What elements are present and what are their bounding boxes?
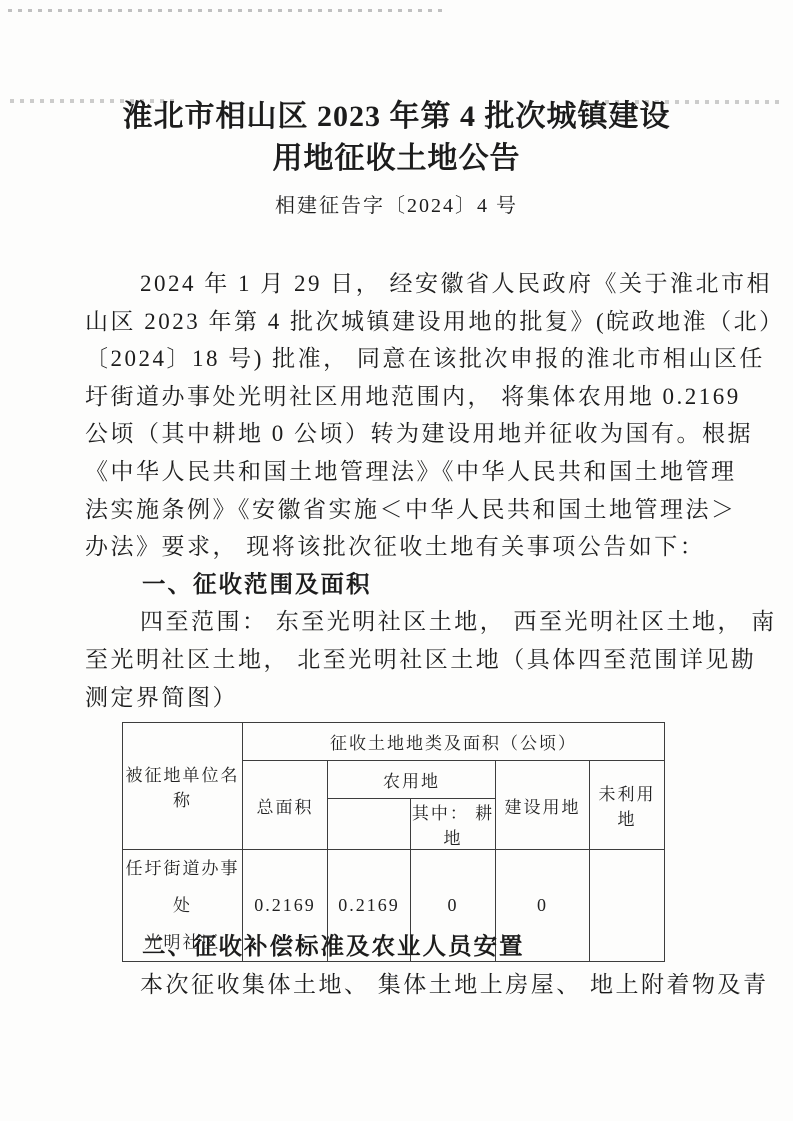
body-text-lower: 二、征收补偿标准及农业人员安置 本次征收集体土地、 集体土地上房屋、 地上附着物… [85, 928, 725, 1003]
paragraph-line: 公顷（其中耕地 0 公顷）转为建设用地并征收为国有。根据 [85, 415, 725, 453]
table-header-total-area: 总面积 [243, 761, 328, 850]
table-header-agricultural: 农用地 [328, 761, 496, 799]
paragraph-line: 至光明社区土地， 北至光明社区土地（具体四至范围详见勘 [85, 641, 725, 679]
table-header-agri-sub-blank [328, 799, 411, 850]
document-title: 淮北市相山区 2023 年第 4 批次城镇建设 用地征收土地公告 [0, 96, 793, 180]
paragraph-line: 法实施条例》《安徽省实施＜中华人民共和国土地管理法＞ [85, 491, 725, 529]
document-number: 相建征告字〔2024〕4 号 [0, 193, 793, 219]
paragraph-line: 四至范围： 东至光明社区土地， 西至光明社区土地， 南 [85, 603, 725, 641]
document-title-line2: 用地征收土地公告 [0, 138, 793, 180]
paragraph-line: 本次征收集体土地、 集体土地上房屋、 地上附着物及青 [85, 966, 725, 1004]
paragraph-line: 山区 2023 年第 4 批次城镇建设用地的批复》(皖政地淮（北） [85, 303, 725, 341]
scan-artifact-top [8, 9, 445, 12]
table-header-construction: 建设用地 [496, 761, 590, 850]
scanned-announcement-page: 淮北市相山区 2023 年第 4 批次城镇建设 用地征收土地公告 相建征告字〔2… [0, 0, 793, 1121]
table-header-cultivated: 其中： 耕地 [411, 799, 496, 850]
section2-heading: 二、征收补偿标准及农业人员安置 [85, 928, 725, 966]
body-text-upper: 2024 年 1 月 29 日， 经安徽省人民政府《关于淮北市相 山区 2023… [85, 265, 725, 716]
paragraph-line: 2024 年 1 月 29 日， 经安徽省人民政府《关于淮北市相 [85, 265, 725, 303]
paragraph-line: 测定界简图） [85, 679, 725, 717]
paragraph-line: 《中华人民共和国土地管理法》《中华人民共和国土地管理 [85, 453, 725, 491]
paragraph-line: 办法》要求， 现将该批次征收土地有关事项公告如下： [85, 528, 725, 566]
table-header-unit-name: 被征地单位名称 [123, 723, 243, 850]
cell-unit-name-line1: 任圩街道办事处 [123, 850, 242, 924]
document-title-line1: 淮北市相山区 2023 年第 4 批次城镇建设 [0, 96, 793, 138]
table-header-area-group: 征收土地地类及面积（公顷） [243, 723, 665, 761]
paragraph-line: 〔2024〕18 号) 批准， 同意在该批次申报的淮北市相山区任 [85, 340, 725, 378]
table-header-unused: 未利用地 [590, 761, 665, 850]
paragraph-line: 圩街道办事处光明社区用地范围内， 将集体农用地 0.2169 [85, 378, 725, 416]
section1-heading: 一、征收范围及面积 [85, 566, 725, 604]
land-acquisition-table: 被征地单位名称 征收土地地类及面积（公顷） 总面积 农用地 建设用地 未利用地 … [122, 722, 665, 962]
